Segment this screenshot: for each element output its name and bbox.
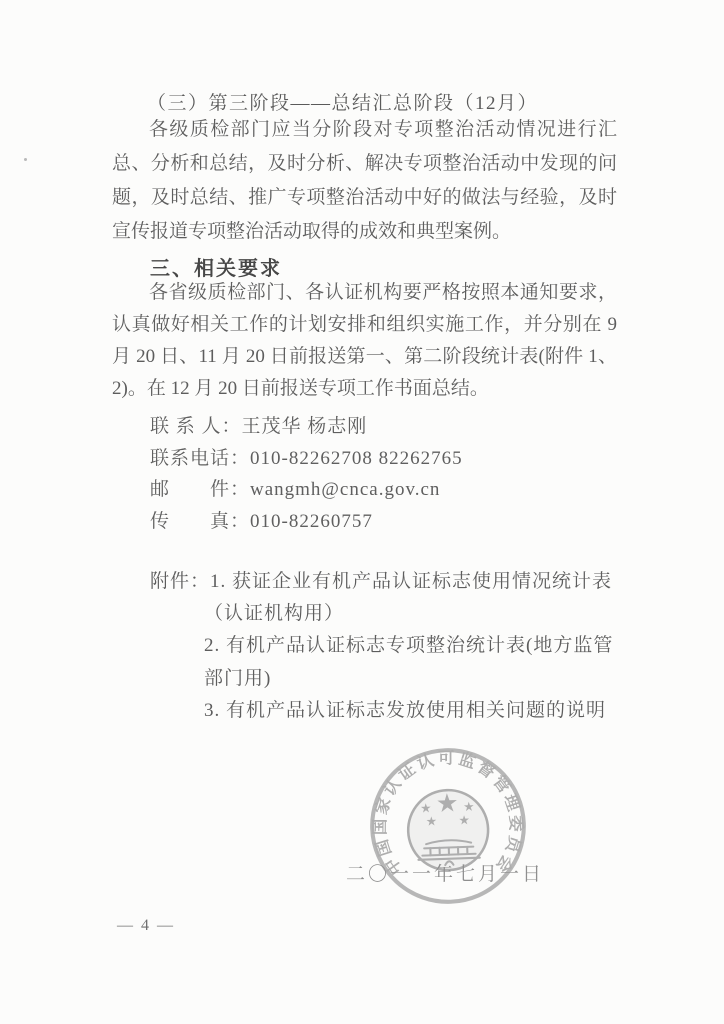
attachment-line-1b: （认证机构用） <box>204 598 679 630</box>
body-line: 月 20 日、11 月 20 日前报送第一、第二阶段统计表(附件 1、 <box>112 341 617 373</box>
contact-phone-line: 联系电话：010-82262708 82262765 <box>150 443 463 475</box>
contact-email-line: 邮 件：wangmh@cnca.gov.cn <box>150 474 463 506</box>
section-heading-stage3: （三）第三阶段——总结汇总阶段（12月） <box>147 88 538 115</box>
contact-person-line: 联 系 人：王茂华 杨志刚 <box>150 411 463 443</box>
body-line: 认真做好相关工作的计划安排和组织实施工作，并分别在 9 <box>112 309 617 341</box>
contact-fax-line: 传 真：010-82260757 <box>150 506 463 538</box>
paragraph-requirements: 各省级质检部门、各认证机构要严格按照本通知要求， 认真做好相关工作的计划安排和组… <box>112 277 617 405</box>
scan-speck <box>24 158 27 161</box>
issue-date: 二〇一一年七月一日 <box>346 859 544 886</box>
official-seal-graphic: 中国国家认证认可监督管理委员会 <box>361 739 535 913</box>
paragraph-stage3: 各级质检部门应当分阶段对专项整治活动情况进行汇 总、分析和总结，及时分析、解决专… <box>112 113 617 249</box>
contact-block: 联 系 人：王茂华 杨志刚 联系电话：010-82262708 82262765… <box>150 411 463 537</box>
body-line: 各级质检部门应当分阶段对专项整治活动情况进行汇 <box>112 113 617 147</box>
document-page: （三）第三阶段——总结汇总阶段（12月） 各级质检部门应当分阶段对专项整治活动情… <box>0 0 724 1024</box>
attachment-line-2: 2. 有机产品认证标志专项整治统计表(地方监管 <box>204 630 679 662</box>
attachment-list: 附件：1. 获证企业有机产品认证标志使用情况统计表 （认证机构用） 2. 有机产… <box>150 566 625 727</box>
attachment-line-2b: 部门用) <box>204 663 679 695</box>
body-line: 各省级质检部门、各认证机构要严格按照本通知要求， <box>112 277 617 309</box>
attachment-line-3: 3. 有机产品认证标志发放使用相关问题的说明 <box>204 695 679 727</box>
attachment-line-1: 附件：1. 获证企业有机产品认证标志使用情况统计表 <box>150 566 625 598</box>
body-line: 宣传报道专项整治活动取得的成效和典型案例。 <box>112 215 617 249</box>
official-seal: 中国国家认证认可监督管理委员会 <box>361 739 535 913</box>
body-line: 2)。在 12 月 20 日前报送专项工作书面总结。 <box>112 373 617 405</box>
body-line: 总、分析和总结，及时分析、解决专项整治活动中发现的问 <box>112 147 617 181</box>
body-line: 题，及时总结、推广专项整治活动中好的做法与经验，及时 <box>112 181 617 215</box>
page-number: — 4 — <box>117 917 175 935</box>
